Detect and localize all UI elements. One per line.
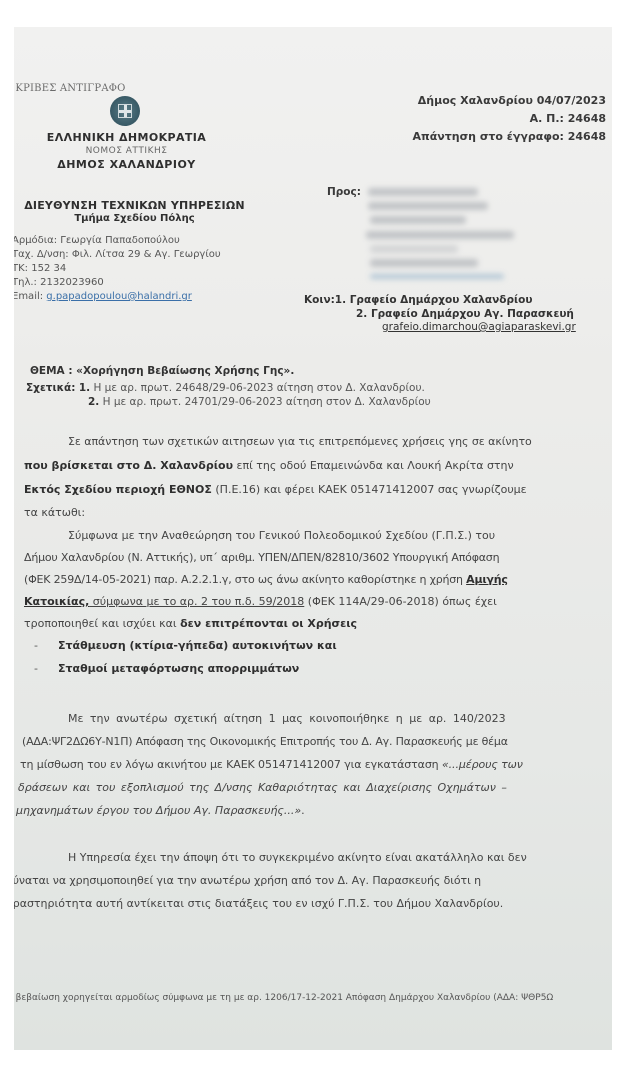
document-page: ΑΚΡΙΒΕΣ ΑΝΤΙΓΡΑΦΟ ΕΛΛΗΝΙΚΗ ΔΗΜΟΚΡΑΤΙΑ ΝΟ…: [14, 27, 612, 1050]
greek-coat-of-arms-icon: [110, 96, 140, 126]
reply-reference: Απάντηση στο έγγραφο: 24648: [412, 130, 606, 143]
header-municipality: ΔΗΜΟΣ ΧΑΛΑΝΔΡΙΟΥ: [14, 158, 239, 171]
cc-line-1: Κοιν:1. Γραφείο Δημάρχου Χαλανδρίου: [304, 294, 532, 306]
list-item: -Στάθμευση (κτίρια-γήπεδα) αυτοκινήτων κ…: [34, 639, 337, 652]
protocol-number: Α. Π.: 24648: [530, 112, 606, 125]
related-item-2: 2. Η με αρ. πρωτ. 24701/29-06-2023 αίτησ…: [88, 396, 431, 408]
department-section: Τμήμα Σχεδίου Πόλης: [14, 213, 267, 224]
recipient-label: Προς:: [327, 186, 361, 198]
related-item-1: Σχετικά: 1. Η με αρ. πρωτ. 24648/29-06-2…: [26, 382, 425, 394]
header-republic: ΕΛΛΗΝΙΚΗ ΔΗΜΟΚΡΑΤΙΑ: [14, 131, 239, 144]
related-label: Σχετικά:: [26, 382, 75, 394]
contact-email-row: Email: g.papadopoulou@halandri.gr: [14, 290, 221, 304]
contact-phone: Τηλ.: 2132023960: [14, 276, 221, 290]
department-name: ΔΙΕΥΘΥΝΣΗ ΤΕΧΝΙΚΩΝ ΥΠΗΡΕΣΙΩΝ: [14, 199, 267, 212]
cc-email-link[interactable]: grafeio.dimarchou@agiaparaskevi.gr: [382, 321, 576, 333]
footer-note: Η βεβαίωση χορηγείται αρμοδίως σύμφωνα μ…: [14, 993, 553, 1003]
contact-address: Ταχ. Δ/νση: Φιλ. Λίτσα 29 & Αγ. Γεωργίου: [14, 248, 221, 262]
place-date: Δήμος Χαλανδρίου 04/07/2023: [418, 94, 606, 107]
contact-info: Αρμόδια: Γεωργία Παπαδοπούλου Ταχ. Δ/νση…: [14, 234, 221, 304]
cc-line-2: 2. Γραφείο Δημάρχου Αγ. Παρασκευή: [356, 308, 574, 320]
email-label: Email:: [14, 291, 46, 302]
list-item: -Σταθμοί μεταφόρτωσης απορριμμάτων: [34, 662, 299, 675]
subject-line: ΘΕΜΑ : «Χορήγηση Βεβαίωσης Χρήσης Γης».: [30, 365, 294, 377]
contact-email-link[interactable]: g.papadopoulou@halandri.gr: [46, 291, 192, 302]
certified-copy-stamp: ΑΚΡΙΒΕΣ ΑΝΤΙΓΡΑΦΟ: [14, 83, 126, 94]
header-prefecture: ΝΟΜΟΣ ΑΤΤΙΚΗΣ: [14, 146, 239, 156]
contact-postcode: ΤΚ: 152 34: [14, 262, 221, 276]
contact-responsible: Αρμόδια: Γεωργία Παπαδοπούλου: [14, 234, 221, 248]
